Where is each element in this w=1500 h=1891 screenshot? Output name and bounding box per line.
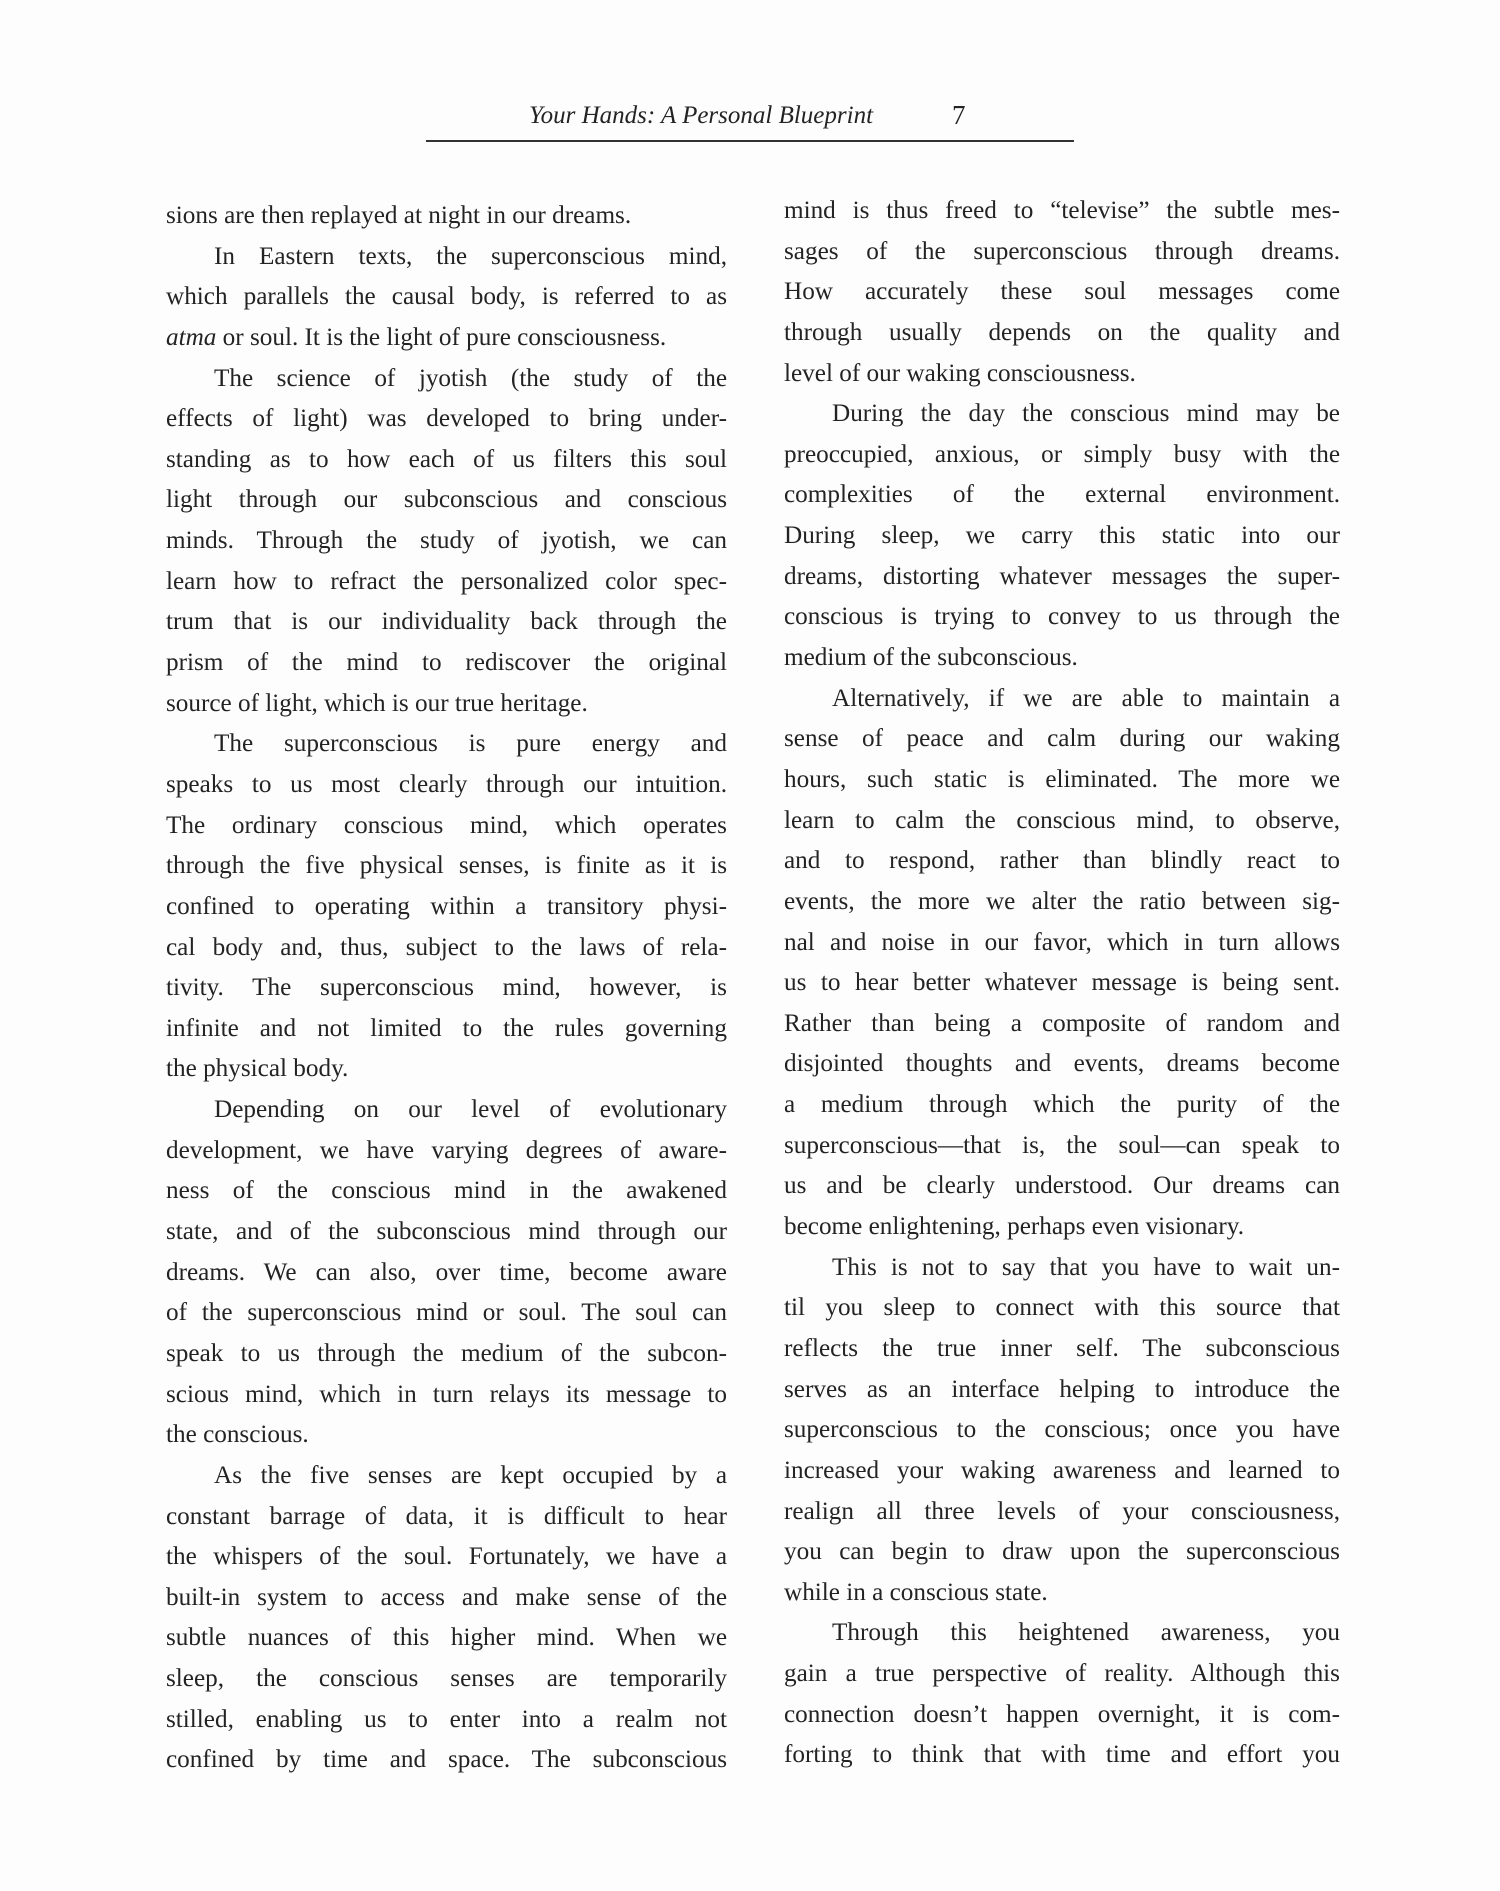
emphasis: atma bbox=[166, 324, 216, 351]
text-line: ness of the conscious mind in the awaken… bbox=[166, 1171, 727, 1212]
text-line: complexities of the external environment… bbox=[784, 475, 1340, 516]
text-line: superconscious to the conscious; once yo… bbox=[784, 1410, 1340, 1451]
text-line: built-in system to access and make sense… bbox=[166, 1578, 727, 1619]
text-line: Depending on our level of evolutionary bbox=[166, 1090, 727, 1131]
text-line: state, and of the subconscious mind thro… bbox=[166, 1212, 727, 1253]
text-line: confined to operating within a transitor… bbox=[166, 887, 727, 928]
right-text-column: mind is thus freed to “televise” the sub… bbox=[784, 191, 1340, 1776]
text-line: effects of light) was developed to bring… bbox=[166, 399, 727, 440]
text-line: us and be clearly understood. Our dreams… bbox=[784, 1166, 1340, 1207]
text-line: dreams. We can also, over time, become a… bbox=[166, 1253, 727, 1294]
text-line: The science of jyotish (the study of the bbox=[166, 359, 727, 400]
text-line: conscious is trying to convey to us thro… bbox=[784, 597, 1340, 638]
text-line: mind is thus freed to “televise” the sub… bbox=[784, 191, 1340, 232]
text-line: disjointed thoughts and events, dreams b… bbox=[784, 1044, 1340, 1085]
text-line: development, we have varying degrees of … bbox=[166, 1131, 727, 1172]
text-line: tivity. The superconscious mind, however… bbox=[166, 968, 727, 1009]
text-line: This is not to say that you have to wait… bbox=[784, 1248, 1340, 1289]
running-header-title: Your Hands: A Personal Blueprint bbox=[529, 102, 873, 130]
text-line: superconscious—that is, the soul—can spe… bbox=[784, 1126, 1340, 1167]
text-line: hours, such static is eliminated. The mo… bbox=[784, 760, 1340, 801]
text-line: forting to think that with time and effo… bbox=[784, 1735, 1340, 1776]
text-line: events, the more we alter the ratio betw… bbox=[784, 882, 1340, 923]
text-line: stilled, enabling us to enter into a rea… bbox=[166, 1700, 727, 1741]
text-line: you can begin to draw upon the supercons… bbox=[784, 1532, 1340, 1573]
text-line: In Eastern texts, the superconscious min… bbox=[166, 237, 727, 278]
text-line: confined by time and space. The subconsc… bbox=[166, 1740, 727, 1781]
text-line: dreams, distorting whatever messages the… bbox=[784, 557, 1340, 598]
text-line: Through this heightened awareness, you bbox=[784, 1613, 1340, 1654]
text-line: As the five senses are kept occupied by … bbox=[166, 1456, 727, 1497]
text-line: The superconscious is pure energy and bbox=[166, 724, 727, 765]
text-line: scious mind, which in turn relays its me… bbox=[166, 1375, 727, 1416]
text-line: infinite and not limited to the rules go… bbox=[166, 1009, 727, 1050]
text-line: minds. Through the study of jyotish, we … bbox=[166, 521, 727, 562]
text-line: connection doesn’t happen overnight, it … bbox=[784, 1695, 1340, 1736]
text-line: through the five physical senses, is fin… bbox=[166, 846, 727, 887]
text-line: serves as an interface helping to introd… bbox=[784, 1370, 1340, 1411]
text-line: reflects the true inner self. The subcon… bbox=[784, 1329, 1340, 1370]
text-line: preoccupied, anxious, or simply busy wit… bbox=[784, 435, 1340, 476]
text-line: learn to calm the conscious mind, to obs… bbox=[784, 801, 1340, 842]
text-line: the physical body. bbox=[166, 1049, 727, 1090]
text-line: become enlightening, perhaps even vision… bbox=[784, 1207, 1340, 1248]
text-line: sleep, the conscious senses are temporar… bbox=[166, 1659, 727, 1700]
text-line: through usually depends on the quality a… bbox=[784, 313, 1340, 354]
left-text-column: sions are then replayed at night in our … bbox=[166, 196, 727, 1781]
text-line: speak to us through the medium of the su… bbox=[166, 1334, 727, 1375]
text-line: trum that is our individuality back thro… bbox=[166, 602, 727, 643]
running-header: Your Hands: A Personal Blueprint 7 bbox=[426, 100, 1074, 142]
text-line: the whispers of the soul. Fortunately, w… bbox=[166, 1537, 727, 1578]
text-line: increased your waking awareness and lear… bbox=[784, 1451, 1340, 1492]
text-line: medium of the subconscious. bbox=[784, 638, 1340, 679]
text-line: of the superconscious mind or soul. The … bbox=[166, 1293, 727, 1334]
text-line: learn how to refract the personalized co… bbox=[166, 562, 727, 603]
text-line: constant barrage of data, it is difficul… bbox=[166, 1497, 727, 1538]
text-line: During the day the conscious mind may be bbox=[784, 394, 1340, 435]
text-line: How accurately these soul messages come bbox=[784, 272, 1340, 313]
text-line: subtle nuances of this higher mind. When… bbox=[166, 1618, 727, 1659]
text-line: standing as to how each of us filters th… bbox=[166, 440, 727, 481]
text-line: level of our waking consciousness. bbox=[784, 354, 1340, 395]
text-line: sense of peace and calm during our wakin… bbox=[784, 719, 1340, 760]
text-line: source of light, which is our true herit… bbox=[166, 684, 727, 725]
text-line: while in a conscious state. bbox=[784, 1573, 1340, 1614]
text-line: sions are then replayed at night in our … bbox=[166, 196, 727, 237]
text-line: speaks to us most clearly through our in… bbox=[166, 765, 727, 806]
text-line: During sleep, we carry this static into … bbox=[784, 516, 1340, 557]
text-line: cal body and, thus, subject to the laws … bbox=[166, 928, 727, 969]
text-line: light through our subconscious and consc… bbox=[166, 480, 727, 521]
text-line: til you sleep to connect with this sourc… bbox=[784, 1288, 1340, 1329]
text-line: and to respond, rather than blindly reac… bbox=[784, 841, 1340, 882]
text-line: gain a true perspective of reality. Alth… bbox=[784, 1654, 1340, 1695]
page-number: 7 bbox=[952, 100, 966, 131]
text-line: the conscious. bbox=[166, 1415, 727, 1456]
text-line: nal and noise in our favor, which in tur… bbox=[784, 923, 1340, 964]
text-line: Alternatively, if we are able to maintai… bbox=[784, 679, 1340, 720]
text-line: which parallels the causal body, is refe… bbox=[166, 277, 727, 318]
text-line: a medium through which the purity of the bbox=[784, 1085, 1340, 1126]
text-line: atma or soul. It is the light of pure co… bbox=[166, 318, 727, 359]
text-line: The ordinary conscious mind, which opera… bbox=[166, 806, 727, 847]
text-line: us to hear better whatever message is be… bbox=[784, 963, 1340, 1004]
text-line: prism of the mind to rediscover the orig… bbox=[166, 643, 727, 684]
text-line: Rather than being a composite of random … bbox=[784, 1004, 1340, 1045]
text-line: sages of the superconscious through drea… bbox=[784, 232, 1340, 273]
text-line: realign all three levels of your conscio… bbox=[784, 1492, 1340, 1533]
